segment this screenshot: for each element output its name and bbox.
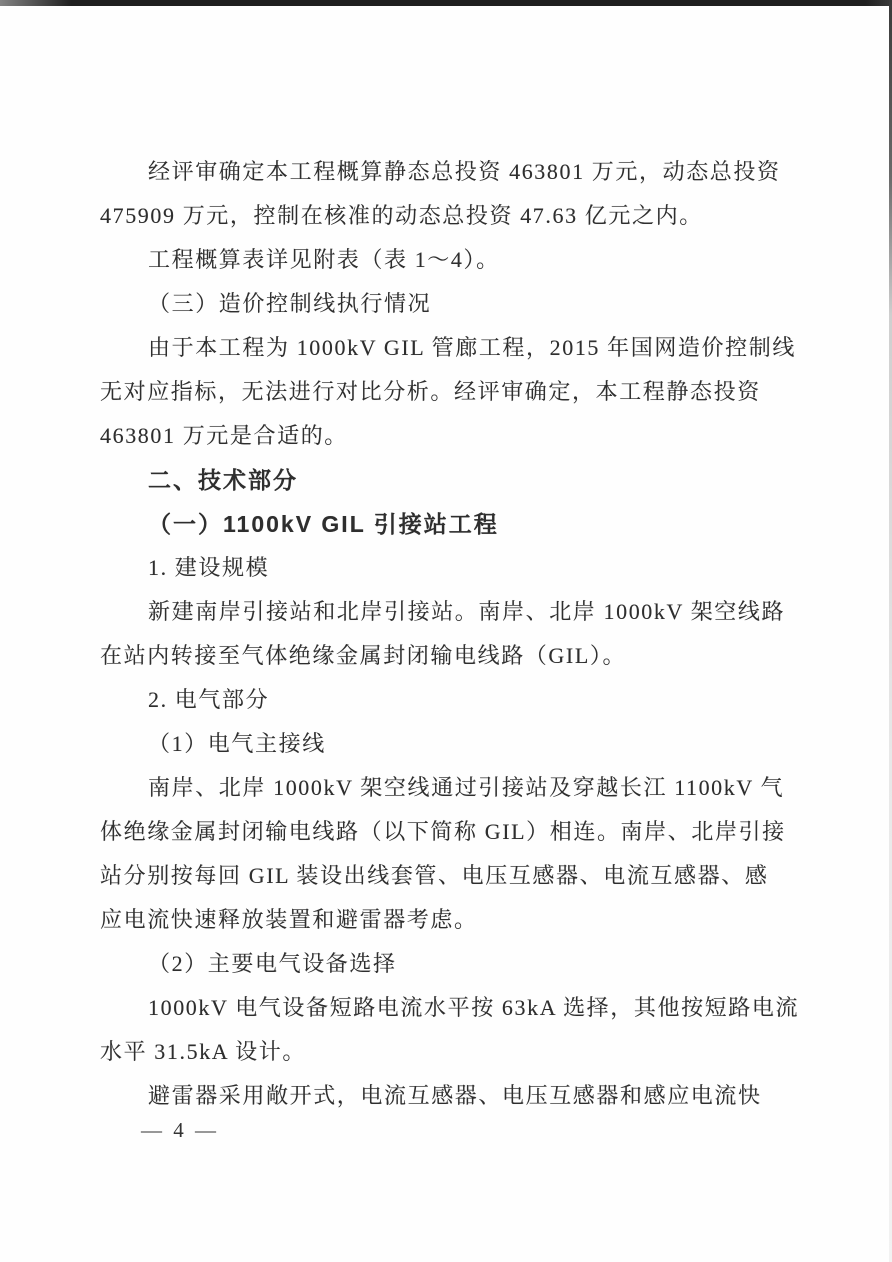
text-line: 站分别按每回 GIL 装设出线套管、电压互感器、电流互感器、感 <box>100 854 800 898</box>
document-page: 经评审确定本工程概算静态总投资 463801 万元，动态总投资 475909 万… <box>0 0 892 1262</box>
subsection-heading-scale: 1. 建设规模 <box>100 546 800 590</box>
text-line: 工程概算表详见附表（表 1～4）。 <box>100 238 800 282</box>
document-text-block: 经评审确定本工程概算静态总投资 463801 万元，动态总投资 475909 万… <box>100 150 800 1118</box>
text-line: 1000kV 电气设备短路电流水平按 63kA 选择，其他按短路电流 <box>100 986 800 1030</box>
subsection-heading-cost-control: （三）造价控制线执行情况 <box>100 282 800 326</box>
section-heading-technical: 二、技术部分 <box>100 458 800 502</box>
text-line: 由于本工程为 1000kV GIL 管廊工程，2015 年国网造价控制线 <box>100 326 800 370</box>
text-line: 体绝缘金属封闭输电线路（以下简称 GIL）相连。南岸、北岸引接 <box>100 810 800 854</box>
subsection-heading-equipment: （2）主要电气设备选择 <box>100 942 800 986</box>
scan-edge-top <box>0 0 892 6</box>
text-line: 水平 31.5kA 设计。 <box>100 1030 800 1074</box>
text-line: 无对应指标，无法进行对比分析。经评审确定，本工程静态投资 <box>100 370 800 414</box>
text-line: 475909 万元，控制在核准的动态总投资 47.63 亿元之内。 <box>100 194 800 238</box>
subsection-heading-main-wiring: （1）电气主接线 <box>100 722 800 766</box>
text-line: 在站内转接至气体绝缘金属封闭输电线路（GIL）。 <box>100 634 800 678</box>
page-number: — 4 — <box>141 1116 219 1144</box>
subsection-heading-electrical: 2. 电气部分 <box>100 678 800 722</box>
text-line: 南岸、北岸 1000kV 架空线通过引接站及穿越长江 1100kV 气 <box>100 766 800 810</box>
section-heading-gil-station: （一）1100kV GIL 引接站工程 <box>100 502 800 546</box>
text-line: 新建南岸引接站和北岸引接站。南岸、北岸 1000kV 架空线路 <box>100 590 800 634</box>
text-line: 避雷器采用敞开式，电流互感器、电压互感器和感应电流快 <box>100 1074 800 1118</box>
text-line: 应电流快速释放装置和避雷器考虑。 <box>100 898 800 942</box>
text-line: 463801 万元是合适的。 <box>100 414 800 458</box>
text-line: 经评审确定本工程概算静态总投资 463801 万元，动态总投资 <box>100 150 800 194</box>
